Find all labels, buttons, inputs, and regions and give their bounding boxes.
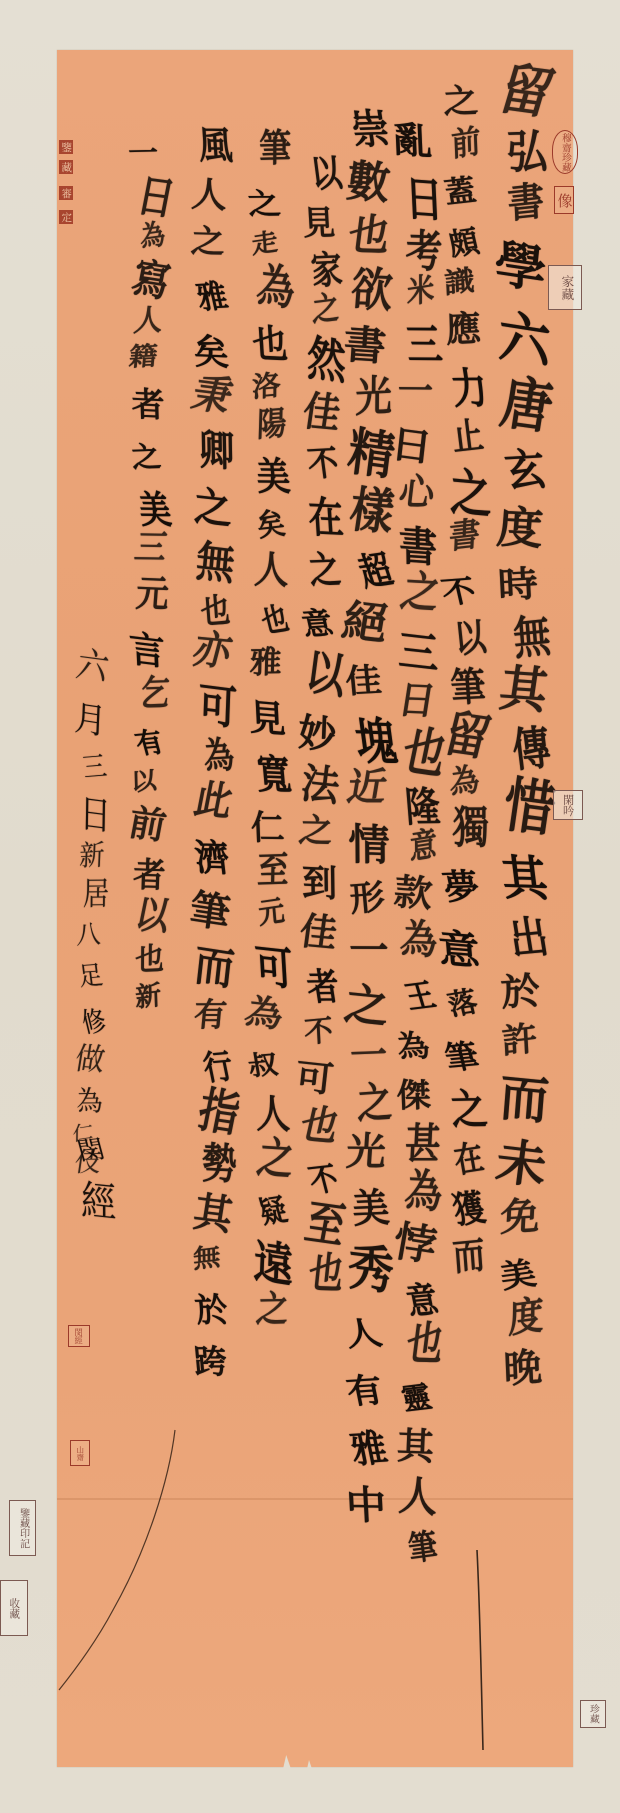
mount-right-seal: 珍藏 [580, 1700, 606, 1728]
calligraphy-character: 三 [80, 753, 109, 783]
calligraphy-character: 一 [348, 1036, 389, 1075]
calligraphy-character: 其 [396, 1427, 434, 1465]
calligraphy-character: 款 [392, 874, 433, 913]
calligraphy-character: 美 [255, 457, 292, 496]
calligraphy-character: 光 [355, 375, 392, 419]
calligraphy-character: 止 [451, 418, 486, 457]
calligraphy-character: 其 [497, 665, 551, 717]
calligraphy-character: 傳 [510, 725, 553, 775]
calligraphy-character: 也 [346, 213, 392, 257]
calligraphy-character: 也 [200, 593, 232, 629]
calligraphy-character: 日 [395, 680, 438, 720]
calligraphy-character: 之 [342, 983, 391, 1031]
calligraphy-character: 筆 [188, 890, 232, 935]
right-collector-seal-2: 閑吟 [553, 790, 583, 820]
calligraphy-character: 學 [494, 239, 547, 297]
calligraphy-character: 無 [195, 539, 237, 586]
calligraphy-character: 意 [299, 609, 336, 641]
calligraphy-character: 疑 [257, 1196, 291, 1229]
calligraphy-character: 人 [342, 1317, 385, 1351]
calligraphy-character: 風 [198, 127, 234, 166]
calligraphy-character: 靈 [398, 1382, 434, 1415]
calligraphy-character: 一 [396, 373, 435, 409]
text-column: 亂日考米三一日心書之三日也隆意款為王為傑甚為悖意也靈其人筆 [401, 100, 435, 1561]
calligraphy-character: 為 [254, 263, 299, 312]
calligraphy-character: 隆 [404, 788, 442, 829]
calligraphy-character: 近 [344, 769, 389, 807]
calligraphy-character: 之 [255, 1291, 291, 1328]
calligraphy-character: 之 [130, 443, 163, 473]
calligraphy-character: 書 [342, 325, 387, 367]
calligraphy-character: 獲 [450, 1191, 489, 1231]
calligraphy-character: 頗 [446, 225, 482, 260]
calligraphy-character: 獨 [453, 805, 489, 850]
calligraphy-character: 時 [497, 567, 539, 605]
calligraphy-character: 未 [493, 1136, 549, 1190]
calligraphy-character: 美 [137, 492, 174, 531]
calligraphy-character: 見 [248, 699, 286, 739]
calligraphy-character: 以 [453, 618, 488, 659]
calligraphy-character: 欲 [350, 265, 395, 313]
calligraphy-character: 美 [350, 1189, 391, 1230]
calligraphy-character: 人 [253, 552, 289, 591]
calligraphy-character: 者 [131, 388, 165, 423]
calligraphy-character: 仁 [251, 811, 286, 845]
calligraphy-character: 意 [437, 928, 481, 970]
calligraphy-character: 三 [398, 628, 439, 676]
seal-text: 審 [61, 188, 72, 199]
calligraphy-character: 無 [193, 1244, 221, 1273]
calligraphy-character: 意 [403, 1282, 441, 1320]
calligraphy-character: 也 [258, 604, 291, 638]
calligraphy-character: 可 [294, 1060, 335, 1099]
calligraphy-character: 筆 [449, 668, 486, 709]
calligraphy-character: 許 [501, 1022, 538, 1060]
calligraphy-character: 居 [83, 879, 110, 911]
calligraphy-character: 度 [509, 1296, 545, 1340]
calligraphy-character: 前 [451, 125, 481, 162]
calligraphy-character: 絕 [340, 599, 392, 647]
calligraphy-character: 陽 [257, 407, 287, 442]
calligraphy-character: 美 [497, 1258, 539, 1294]
calligraphy-character: 家 [309, 252, 343, 291]
calligraphy-character: 乞 [139, 674, 172, 711]
calligraphy-character: 之 [254, 1137, 297, 1183]
seal-text: 鑒 [61, 142, 72, 153]
calligraphy-character: 月 [73, 700, 106, 740]
calligraphy-character: 為 [398, 920, 440, 961]
calligraphy-character: 勢 [200, 1144, 237, 1188]
calligraphy-character: 甚 [404, 1123, 441, 1166]
calligraphy-character: 人 [191, 177, 229, 214]
calligraphy-character: 筆 [406, 1528, 439, 1565]
calligraphy-character: 為 [241, 994, 287, 1032]
seal-text: 山齋 [76, 1446, 84, 1461]
seal-text: 鑒藏印記 [17, 1508, 27, 1548]
calligraphy-character: 書 [449, 518, 481, 555]
calligraphy-character: 落 [445, 987, 480, 1020]
calligraphy-character: 免 [500, 1197, 541, 1237]
calligraphy-character: 為 [76, 1088, 103, 1116]
calligraphy-character: 卿 [199, 430, 235, 474]
calligraphy-character: 修 [80, 1008, 110, 1037]
calligraphy-character: 八 [75, 922, 101, 949]
calligraphy-character: 佳 [344, 663, 383, 698]
calligraphy-character: 心 [398, 474, 437, 511]
seal-text: 收藏 [9, 1598, 20, 1619]
calligraphy-character: 其 [190, 1193, 235, 1238]
calligraphy-character: 力 [448, 367, 491, 410]
calligraphy-character: 唐 [497, 375, 557, 439]
calligraphy-character: 超 [355, 552, 398, 594]
calligraphy-character: 籍 [128, 342, 159, 369]
calligraphy-character: 有 [132, 729, 166, 759]
calligraphy-character: 不 [303, 1015, 333, 1047]
calligraphy-character: 蓋 [442, 176, 478, 209]
calligraphy-character: 也 [404, 1321, 446, 1367]
calligraphy-character: 言 [129, 632, 166, 673]
calligraphy-character: 意 [410, 828, 437, 866]
calligraphy-character: 然 [306, 336, 345, 389]
calligraphy-character: 之 [312, 291, 339, 327]
calligraphy-character: 度 [495, 505, 544, 551]
calligraphy-character: 人 [132, 305, 164, 336]
text-column: 以見家之然佳不在之意以妙法之到佳者不可也不至也 [304, 140, 336, 1291]
calligraphy-character: 佳 [300, 391, 342, 435]
calligraphy-character: 不 [439, 575, 479, 608]
left-column-seal-1: 鑒 [59, 140, 73, 154]
calligraphy-character: 其 [499, 855, 550, 904]
seal-text: 閔經 [75, 1328, 83, 1345]
calligraphy-character: 亦 [189, 630, 236, 672]
calligraphy-character: 經 [81, 1181, 116, 1226]
text-column: 一日為寫人籍者之美三元言乞有以前者以也新 [135, 120, 165, 1011]
calligraphy-character: 出 [507, 915, 551, 962]
calligraphy-character: 也 [135, 944, 164, 976]
calligraphy-character: 之 [357, 1081, 393, 1126]
calligraphy-character: 至 [302, 1200, 349, 1252]
calligraphy-character: 之 [448, 1090, 489, 1133]
calligraphy-character: 至 [257, 853, 289, 890]
artist-name-seal: 閔經 [68, 1325, 90, 1347]
calligraphy-character: 前 [126, 805, 169, 846]
calligraphy-character: 也 [297, 1104, 343, 1147]
calligraphy-character: 留 [493, 62, 560, 123]
calligraphy-paper: 留弘書學六唐玄度時無其傳惜其出於許而未免美度晚之前蓋頗識應力止之書不以筆留為獨夢… [57, 50, 573, 1767]
calligraphy-character: 以 [303, 649, 348, 703]
calligraphy-character: 妙 [298, 713, 337, 756]
calligraphy-character: 精 [345, 426, 397, 483]
calligraphy-character: 之 [307, 552, 343, 591]
calligraphy-character: 走 [251, 230, 279, 258]
calligraphy-character: 在 [452, 1141, 487, 1179]
calligraphy-character: 情 [348, 824, 389, 868]
text-columns: 留弘書學六唐玄度時無其傳惜其出於許而未免美度晚之前蓋頗識應力止之書不以筆留為獨夢… [57, 50, 573, 1767]
calligraphy-character: 人 [256, 1095, 291, 1135]
calligraphy-character: 者 [133, 857, 166, 892]
calligraphy-character: 悖 [390, 1220, 439, 1267]
calligraphy-character: 法 [299, 763, 342, 808]
calligraphy-character: 叔 [247, 1052, 280, 1081]
calligraphy-character: 為 [395, 1031, 432, 1063]
calligraphy-character: 王 [401, 979, 439, 1014]
calligraphy-character: 於 [193, 1293, 230, 1327]
calligraphy-character: 於 [499, 973, 541, 1013]
calligraphy-character: 三 [132, 531, 170, 566]
text-column: 之前蓋頗識應力止之書不以筆留為獨夢意落筆之在獲而 [447, 70, 483, 1272]
calligraphy-character: 洛 [252, 371, 281, 402]
seal-text: 藏 [61, 162, 72, 173]
calligraphy-character: 書 [399, 527, 438, 571]
calligraphy-character: 跨 [192, 1346, 228, 1379]
right-collector-seal-1: 家藏 [548, 265, 582, 310]
calligraphy-character: 佳 [297, 912, 339, 953]
calligraphy-character: 光 [345, 1134, 387, 1173]
calligraphy-character: 一 [350, 930, 389, 972]
calligraphy-character: 筆 [442, 1040, 482, 1074]
left-column-seal-2: 藏 [59, 160, 73, 174]
calligraphy-character: 而 [497, 1072, 550, 1128]
calligraphy-character: 在 [307, 496, 345, 540]
calligraphy-character: 之 [298, 814, 336, 847]
calligraphy-character: 而 [452, 1236, 487, 1276]
calligraphy-character: 此 [191, 779, 235, 821]
calligraphy-character: 以 [132, 896, 173, 936]
calligraphy-character: 日 [404, 176, 444, 226]
top-right-figure-seal: 像 [554, 186, 574, 214]
text-column: 風人之雅矣秉卿之無也亦可為此濟筆而有行指勢其無於跨 [197, 110, 229, 1379]
calligraphy-character: 六 [497, 309, 551, 373]
calligraphy-character: 應 [445, 312, 481, 349]
calligraphy-character: 傑 [396, 1080, 432, 1113]
calligraphy-character: 之 [442, 85, 478, 120]
calligraphy-character: 玄 [503, 449, 549, 494]
calligraphy-character: 不 [306, 1162, 341, 1197]
calligraphy-character: 日 [80, 795, 112, 838]
calligraphy-character: 雅 [249, 647, 282, 679]
calligraphy-character: 也 [252, 324, 290, 364]
left-column-seal-3: 審 [59, 186, 73, 200]
calligraphy-character: 數 [344, 160, 392, 207]
calligraphy-character: 新 [79, 841, 105, 871]
calligraphy-character: 為 [203, 738, 235, 777]
calligraphy-character: 六 [73, 648, 111, 687]
mount-left-seal-2: 收藏 [0, 1580, 28, 1636]
text-column: 筆之走為也洛陽美矣人也雅見寬仁至元可為叔人之疑遠之 [254, 120, 286, 1325]
calligraphy-character: 寬 [254, 755, 292, 797]
calligraphy-character: 之 [245, 189, 282, 219]
calligraphy-character: 塊 [352, 717, 399, 768]
mount-left-seal-1: 鑒藏印記 [9, 1500, 36, 1556]
calligraphy-character: 雅 [348, 1430, 391, 1470]
calligraphy-character: 考 [405, 230, 443, 275]
calligraphy-character: 元 [134, 575, 169, 613]
seal-text: 穆齋珍藏 [560, 133, 570, 172]
calligraphy-character: 中 [345, 1486, 387, 1526]
calligraphy-character: 筆 [260, 130, 292, 169]
calligraphy-character: 樣 [347, 485, 397, 537]
seal-text: 定 [61, 212, 72, 223]
calligraphy-character: 秀 [347, 1242, 395, 1298]
calligraphy-character: 不 [306, 447, 341, 483]
calligraphy-character: 為 [450, 762, 480, 798]
seal-text: 閑吟 [562, 794, 573, 817]
calligraphy-character: 矣 [191, 335, 229, 372]
calligraphy-character: 元 [257, 896, 285, 929]
calligraphy-character: 之 [190, 227, 226, 260]
calligraphy-character: 一 [127, 140, 159, 168]
calligraphy-character: 秉 [187, 374, 237, 418]
calligraphy-character: 夢 [440, 869, 483, 905]
calligraphy-character: 做 [73, 1043, 107, 1075]
calligraphy-character: 為 [140, 220, 165, 252]
calligraphy-character: 書 [506, 181, 544, 225]
top-right-oval-seal: 穆齋珍藏 [552, 130, 578, 174]
calligraphy-character: 濟 [193, 840, 232, 878]
calligraphy-character: 而 [192, 944, 236, 993]
calligraphy-character: 以 [309, 155, 344, 194]
calligraphy-character: 可 [197, 683, 237, 734]
calligraphy-character: 人 [397, 1477, 439, 1521]
calligraphy-character: 三 [404, 324, 445, 368]
calligraphy-character: 有 [344, 1374, 386, 1410]
calligraphy-character: 日 [133, 174, 178, 223]
artist-signature: 閔經 [81, 1115, 111, 1221]
calligraphy-character: 無 [512, 613, 552, 662]
calligraphy-character: 識 [444, 267, 475, 299]
calligraphy-character: 有 [192, 999, 228, 1032]
artist-studio-seal: 山齋 [70, 1440, 90, 1466]
text-column: 崇數也欲書光精樣超絕佳塊近情形一之一之光美秀人有雅中 [351, 90, 389, 1526]
seal-text: 像 [557, 193, 572, 208]
calligraphy-character: 晚 [503, 1347, 543, 1389]
calligraphy-character: 為 [402, 1168, 445, 1214]
calligraphy-character: 者 [305, 970, 343, 1008]
calligraphy-character: 到 [301, 864, 337, 903]
calligraphy-character: 形 [348, 881, 386, 918]
calligraphy-character: 矣 [254, 510, 287, 543]
calligraphy-character: 也 [306, 1252, 345, 1295]
text-column: 留弘書學六唐玄度時無其傳惜其出於許而未免美度晚 [504, 60, 546, 1387]
calligraphy-character: 以 [131, 768, 158, 795]
calligraphy-character: 遠 [253, 1240, 294, 1293]
calligraphy-character: 崇 [349, 109, 392, 151]
inscription-column: 六月三日新居八足修做為仁伎 [77, 640, 103, 1177]
calligraphy-character: 見 [302, 206, 336, 240]
calligraphy-character: 可 [254, 944, 294, 993]
calligraphy-character: 指 [195, 1087, 244, 1141]
calligraphy-character: 寫 [129, 257, 174, 303]
seal-text: 珍藏 [588, 1704, 598, 1724]
left-column-seal-4: 定 [59, 210, 73, 224]
calligraphy-character: 之 [194, 486, 232, 531]
calligraphy-character: 亂 [392, 121, 432, 161]
calligraphy-character: 閔 [75, 1138, 108, 1165]
calligraphy-character: 也 [399, 723, 451, 780]
calligraphy-character: 之 [450, 466, 491, 521]
seal-text: 家藏 [559, 275, 572, 301]
calligraphy-character: 足 [77, 963, 104, 991]
calligraphy-character: 新 [135, 983, 162, 1013]
calligraphy-character: 惜 [499, 776, 558, 842]
calligraphy-character: 行 [200, 1049, 235, 1085]
calligraphy-character: 米 [407, 274, 434, 310]
calligraphy-character: 雅 [194, 281, 231, 314]
calligraphy-character: 之 [398, 570, 445, 615]
calligraphy-character: 弘 [506, 129, 548, 176]
